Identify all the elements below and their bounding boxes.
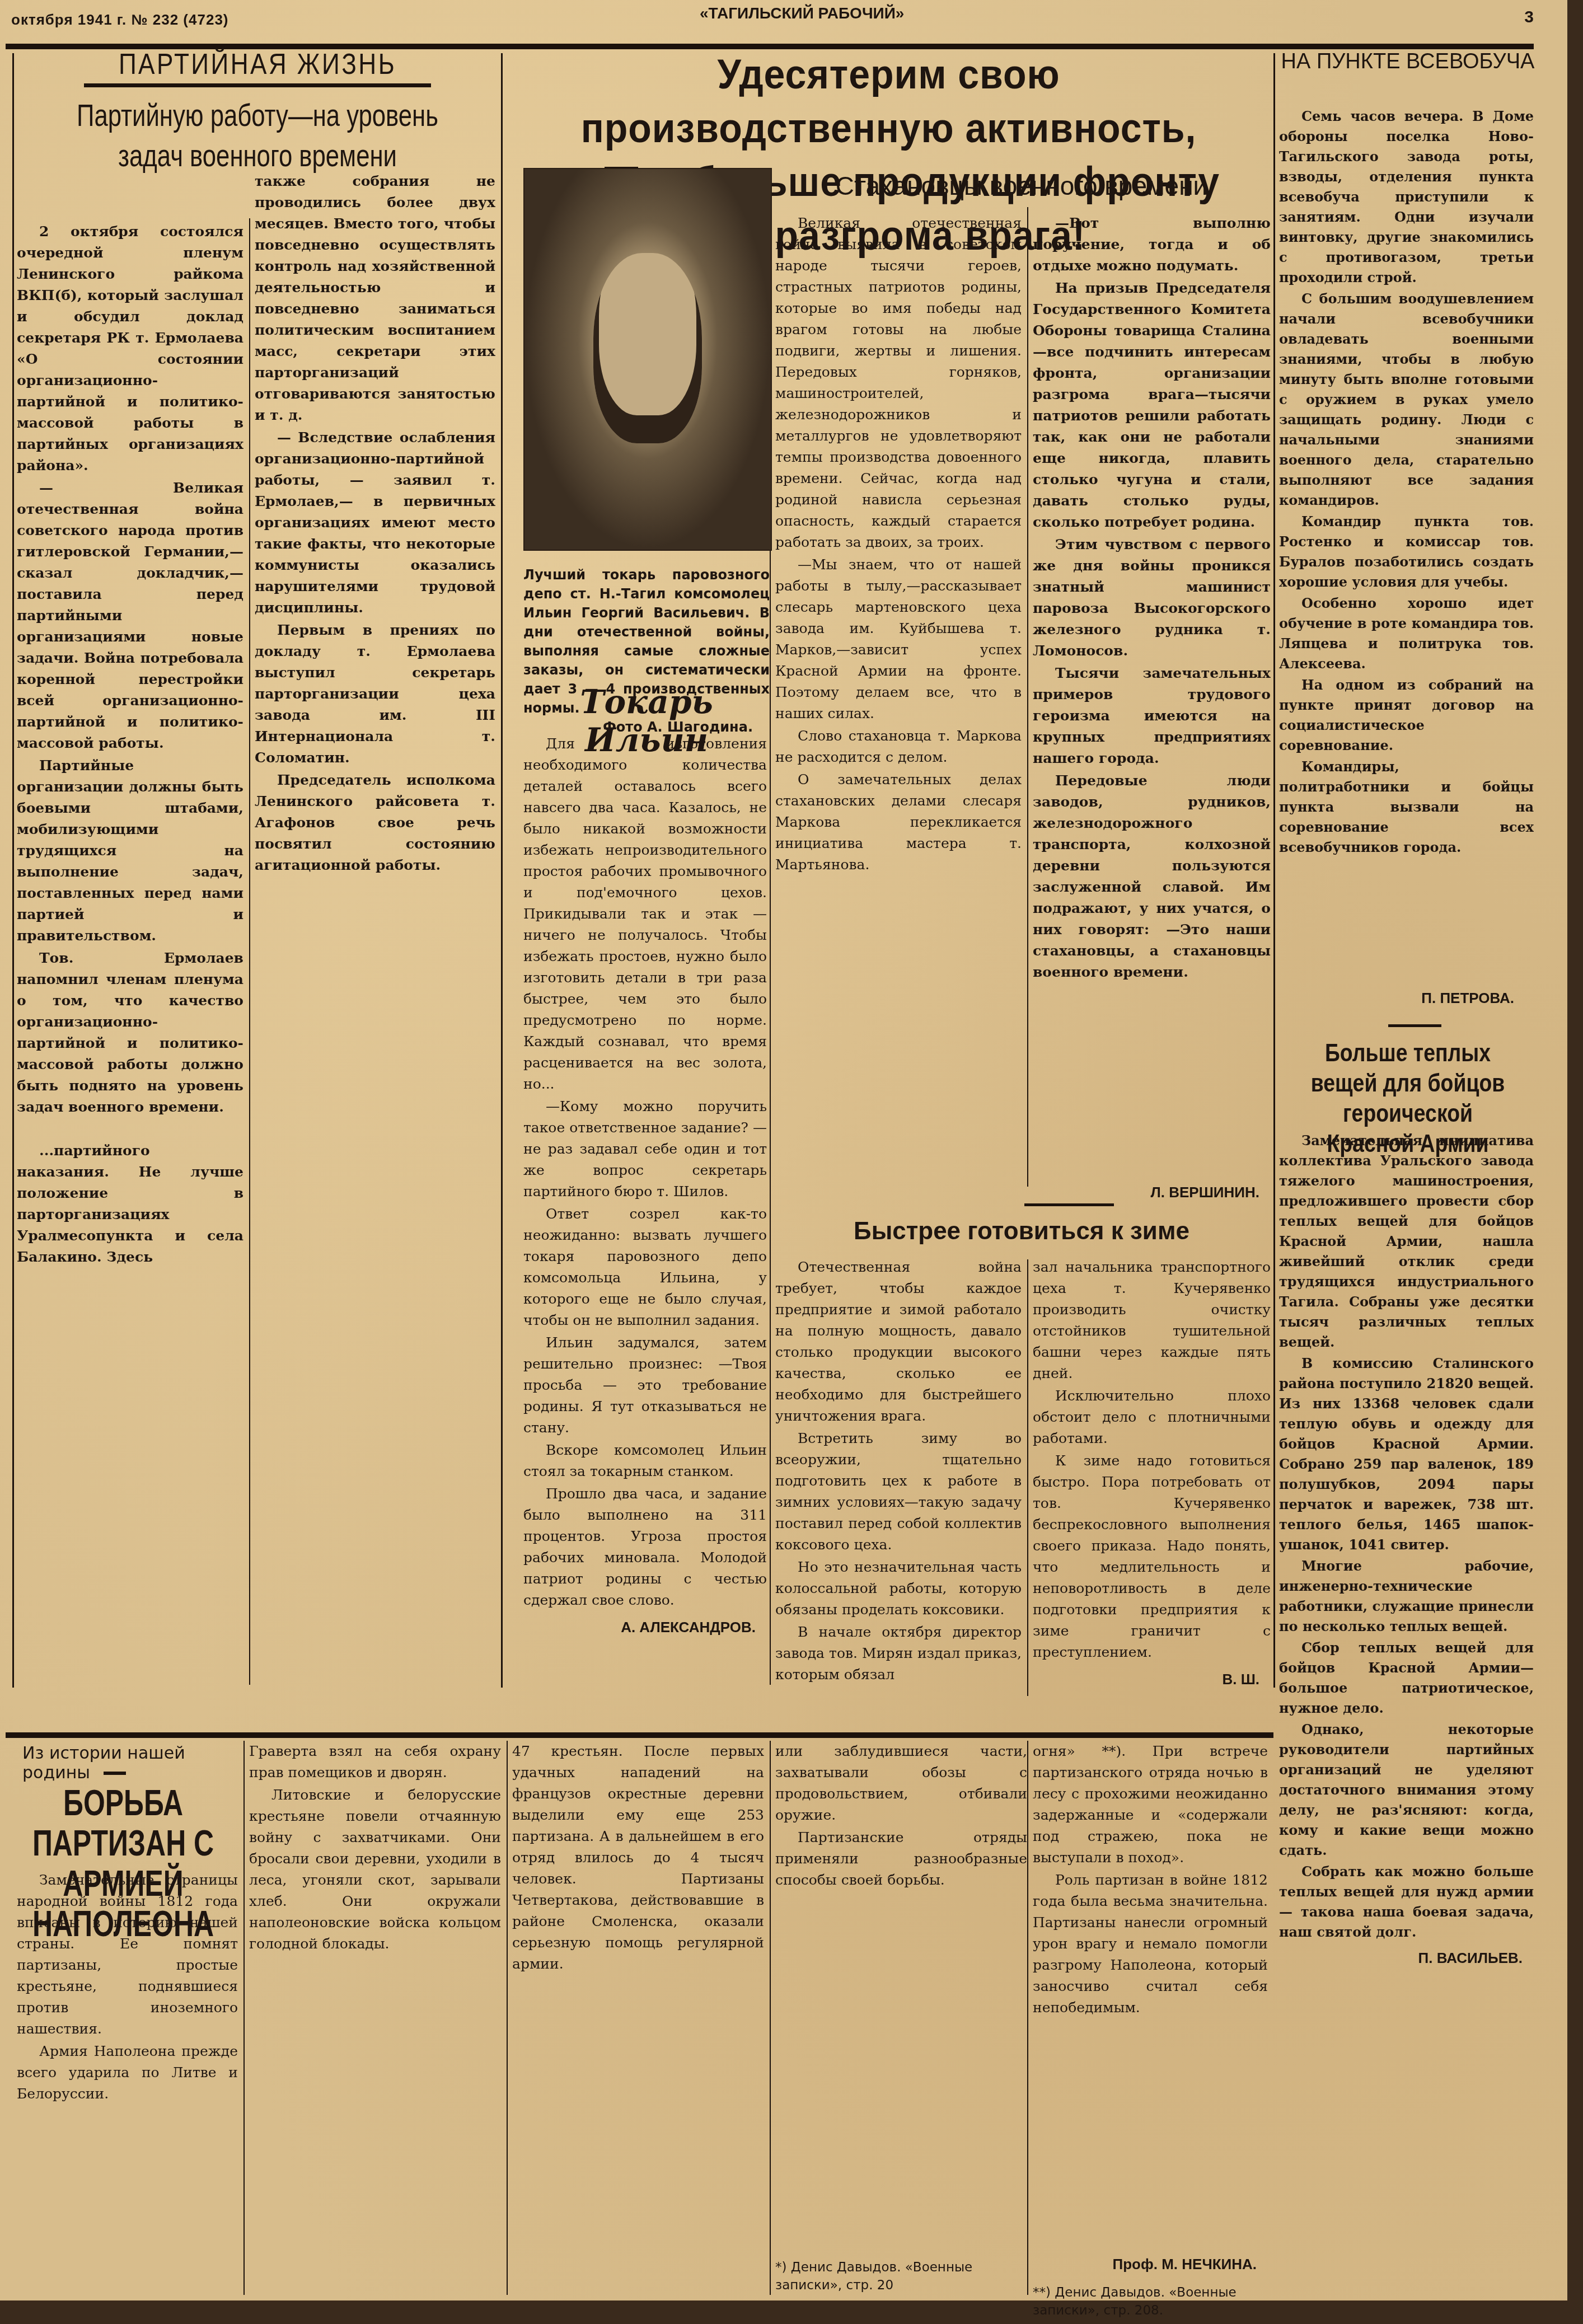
- column-rule: [249, 218, 250, 1685]
- paragraph: К зиме надо готовиться быстро. Пора потр…: [1033, 1450, 1271, 1663]
- paragraph: Этим чувством с первого же дня войны про…: [1033, 534, 1271, 662]
- issue-date: октября 1941 г. № 232 (4723): [11, 11, 229, 29]
- paragraph: Передовые люди заводов, рудников, железн…: [1033, 770, 1271, 983]
- paragraph: Отечественная война требует, чтобы каждо…: [775, 1257, 1022, 1427]
- newspaper-name: «ТАГИЛЬСКИЙ РАБОЧИЙ»: [700, 4, 904, 22]
- footnote-2: **) Денис Давыдов. «Военные записки», ст…: [1033, 2284, 1268, 2320]
- partisans-col-5: огня» **). При встрече партизанского отр…: [1033, 1741, 1268, 2233]
- partisans-col-2: Граверта взял на себя охрану прав помещи…: [249, 1741, 501, 2295]
- divider: [1388, 1024, 1441, 1027]
- paragraph: С большим воодушевлением начали всевобуч…: [1279, 289, 1534, 510]
- section-rule: [6, 1732, 1273, 1738]
- paragraph: 47 крестьян. После первых удачных нападе…: [512, 1741, 764, 1975]
- divider: [104, 1772, 126, 1775]
- paragraph: Собрать как можно больше теплых вещей дл…: [1279, 1862, 1534, 1942]
- paragraph: Замечательная инициатива коллектива Урал…: [1279, 1131, 1534, 1352]
- partisans-col-4: или заблудившиеся части, захватывали обо…: [775, 1741, 1027, 2233]
- signature: П. ПЕТРОВА.: [1279, 990, 1514, 1007]
- column-rule: [243, 1741, 245, 2295]
- vsevobuch-body: Семь часов вечера. В Доме обороны поселк…: [1279, 106, 1534, 980]
- paragraph: Граверта взял на себя охрану прав помещи…: [249, 1741, 501, 1783]
- paragraph: Председатель исполкома Ленинского райсов…: [255, 770, 495, 876]
- paragraph: Командир пункта тов. Ростенко и комиссар…: [1279, 512, 1534, 592]
- party-life-col-1: 2 октября состоялся очередной пленум Лен…: [17, 221, 243, 1676]
- party-life-header: ПАРТИЙНАЯ ЖИЗНЬ Партийную работу—на уров…: [17, 48, 498, 176]
- winter-headline: Быстрее готовиться к зиме: [772, 1217, 1271, 1245]
- paragraph: Прошло два часа, и задание было выполнен…: [523, 1483, 767, 1611]
- party-life-col-2: также собрания не проводились более двух…: [255, 171, 495, 1682]
- paragraph: На одном из собраний на пункте принят до…: [1279, 675, 1534, 756]
- paragraph: Тысячи замечательных примеров трудового …: [1033, 663, 1271, 769]
- paragraph: Но это незначительная часть колоссальной…: [775, 1557, 1022, 1620]
- winter-col-2: зал начальника транспортного цеха т. Куч…: [1033, 1257, 1271, 1688]
- divider: [1024, 1203, 1114, 1206]
- section-underline: [84, 83, 431, 87]
- column-rule: [770, 1741, 771, 2295]
- paragraph: Особенно хорошо идет обучение в роте ком…: [1279, 593, 1534, 674]
- paragraph: На призыв Председателя Государственного …: [1033, 278, 1271, 533]
- signature: Проф. М. НЕЧКИНА.: [1033, 2256, 1257, 2273]
- stakhanovites-col-1: Великая отечественная война выявила в со…: [775, 213, 1022, 1181]
- page-number: 3: [1524, 8, 1534, 27]
- rubric: Из истории нашей родины: [22, 1744, 235, 1783]
- paragraph: Слово стахановца т. Маркова не расходитс…: [775, 725, 1022, 768]
- paragraph: Роль партизан в войне 1812 года была вес…: [1033, 1869, 1268, 2018]
- paragraph: В начале октября директор завода тов. Ми…: [775, 1622, 1022, 1685]
- footnote-1: *) Денис Давыдов. «Военные записки», стр…: [775, 2259, 1022, 2294]
- paragraph: Первым в прениях по докладу т. Ермолаева…: [255, 620, 495, 769]
- paragraph: —Вот выполню поручение, тогда и об отдых…: [1033, 213, 1271, 277]
- column-rule: [1027, 1741, 1028, 2295]
- paragraph: Вскоре комсомолец Ильин стоял за токарны…: [523, 1440, 767, 1482]
- signature: А. АЛЕКСАНДРОВ.: [535, 1617, 756, 1638]
- column-rule: [1027, 207, 1028, 1187]
- paragraph: Встретить зиму во всеоружии, тщательно п…: [775, 1428, 1022, 1555]
- signature: П. ВАСИЛЬЕВ.: [1290, 1948, 1523, 1968]
- paragraph: 2 октября состоялся очередной пленум Лен…: [17, 221, 243, 476]
- column-rule: [1273, 53, 1275, 1688]
- signature: Л. ВЕРШИНИН.: [1033, 1184, 1259, 1201]
- paragraph: —Кому можно поручить такое ответственное…: [523, 1096, 767, 1202]
- paragraph: — Великая отечественная война советского…: [17, 477, 243, 754]
- paragraph: огня» **). При встрече партизанского отр…: [1033, 1741, 1268, 1868]
- paragraph: Великая отечественная война выявила в со…: [775, 213, 1022, 553]
- winter-col-1: Отечественная война требует, чтобы каждо…: [775, 1257, 1022, 1688]
- paragraph: Исключительно плохо обстоит дело с плотн…: [1033, 1385, 1271, 1449]
- paragraph: Сбор теплых вещей для бойцов Красной Арм…: [1279, 1638, 1534, 1718]
- paragraph: также собрания не проводились более двух…: [255, 171, 495, 426]
- paragraph: Командиры, политработники и бойцы пункта…: [1279, 757, 1534, 858]
- paragraph: Ответ созрел как-то неожиданно: вызвать …: [523, 1203, 767, 1331]
- paragraph: Однако, некоторые руководители партийных…: [1279, 1719, 1534, 1861]
- paragraph: Тов. Ермолаев напомнил членам пленума о …: [17, 948, 243, 1118]
- newspaper-page: октября 1941 г. № 232 (4723) «ТАГИЛЬСКИЙ…: [0, 0, 1567, 2300]
- paragraph: — Вследствие ослабления организационно-п…: [255, 427, 495, 619]
- vsevobuch-headline: НА ПУНКТЕ ВСЕВОБУЧА: [1279, 48, 1537, 76]
- paragraph: Ильин задумался, затем решительно произн…: [523, 1332, 767, 1439]
- paragraph: Партийные организации должны быть боевым…: [17, 755, 243, 947]
- paragraph: О замечательных делах стахановских делам…: [775, 769, 1022, 875]
- ilyin-body: Для изготовления необходимого количества…: [523, 733, 767, 1674]
- paragraph: Многие рабочие, инженерно-технические ра…: [1279, 1556, 1534, 1637]
- paragraph: Замечательные страницы народной войны 18…: [17, 1869, 238, 2040]
- masthead: октября 1941 г. № 232 (4723) «ТАГИЛЬСКИЙ…: [11, 0, 1534, 39]
- paragraph: ...партийного наказания. Не лучше положе…: [17, 1140, 243, 1268]
- partisans-col-3: 47 крестьян. После первых удачных нападе…: [512, 1741, 764, 2295]
- section-title: ПАРТИЙНАЯ ЖИЗНЬ: [53, 48, 462, 81]
- paragraph: Для изготовления необходимого количества…: [523, 733, 767, 1095]
- paragraph: В комиссию Сталинского района поступило …: [1279, 1353, 1534, 1555]
- article-headline: Партийную работу—на уровень задач военно…: [70, 95, 446, 176]
- paragraph: Армия Наполеона прежде всего ударила по …: [17, 2041, 238, 2105]
- portrait-photo: [523, 168, 772, 551]
- column-rule: [1027, 1259, 1028, 1696]
- paragraph: или заблудившиеся части, захватывали обо…: [775, 1741, 1027, 1826]
- paragraph: Партизанские отряды применяли разнообраз…: [775, 1827, 1027, 1891]
- partisans-col-1: Замечательные страницы народной войны 18…: [17, 1869, 238, 2295]
- signature: В. Ш.: [1044, 1669, 1259, 1688]
- column-rule: [12, 53, 14, 1688]
- column-rule: [507, 1741, 508, 2295]
- stakhanovites-headline: Стахановцы военного времени: [772, 171, 1271, 201]
- portrait-face: [593, 253, 702, 443]
- warm-things-body: Замечательная инициатива коллектива Урал…: [1279, 1131, 1534, 2295]
- paragraph: Литовские и белорусские крестьяне повели…: [249, 1784, 501, 1955]
- paragraph: —Мы знаем, что от нашей работы в тылу,—р…: [775, 554, 1022, 724]
- stakhanovites-col-2: —Вот выполню поручение, тогда и об отдых…: [1033, 213, 1271, 1181]
- paragraph: зал начальника транспортного цеха т. Куч…: [1033, 1257, 1271, 1384]
- column-rule: [501, 53, 503, 1688]
- paragraph: Семь часов вечера. В Доме обороны поселк…: [1279, 106, 1534, 288]
